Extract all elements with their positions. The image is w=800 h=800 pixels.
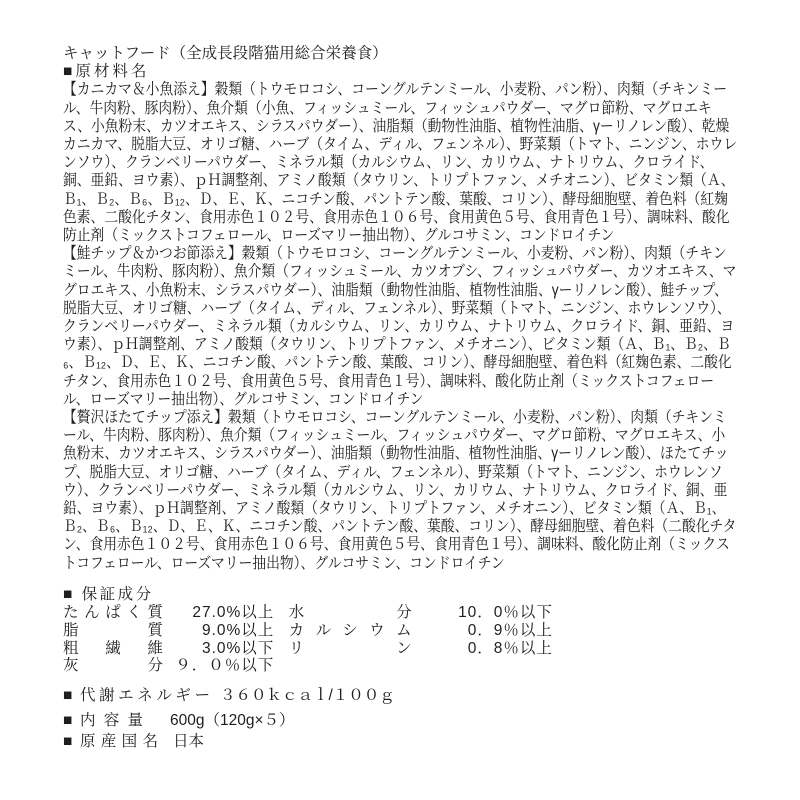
guaranteed-analysis-row-protein-moisture: たんぱく質 27.0%以上 水分 10．0％以下 (63, 604, 743, 622)
nutrient-value-protein: 27.0%以上 (167, 604, 274, 622)
nutrient-label-moisture: 水分 (289, 604, 412, 622)
nutrient-label-fiber: 粗繊維 (63, 640, 163, 658)
country-of-origin-value: 日本 (173, 733, 204, 750)
square-bullet-icon: ■ (63, 712, 80, 730)
guaranteed-analysis-header: ■ 保証成分 (63, 586, 743, 604)
guaranteed-analysis-row-ash: 灰分 ９．０％以下 (63, 657, 743, 675)
ingredients-paragraph-sake-katsuobushi: 【鮭チップ＆かつお節添え】穀類（トウモロコシ、コーングルテンミール、小麦粉、パン… (63, 245, 739, 409)
nutrient-label-fat: 脂質 (63, 622, 163, 640)
nutrient-label-phosphorus: リン (289, 640, 412, 658)
nutrient-value-moisture: 10．0％以下 (416, 604, 553, 622)
nutrient-value-fat: 9.0%以上 (167, 622, 274, 640)
metabolizable-energy-value: ３６０ｋｃａｌ/１００ｇ (220, 687, 395, 704)
ingredients-section-header: ■原材料名 (63, 63, 743, 81)
nutrient-value-ash: ９．０％以下 (167, 657, 274, 675)
square-bullet-icon: ■ (63, 687, 80, 705)
ingredients-paragraph-hotate-chip: 【贅沢ほたてチップ添え】穀類（トウモロコシ、コーングルテンミール、小麦粉、パン粉… (63, 409, 739, 573)
net-content-row: ■内容量600g（120g×５） (63, 712, 743, 730)
metabolizable-energy-label: 代謝エネルギー (80, 687, 210, 705)
square-bullet-icon: ■ (63, 733, 80, 751)
nutrient-value-calcium: 0．9％以上 (416, 622, 553, 640)
nutrient-value-phosphorus: 0．8％以上 (416, 640, 553, 658)
nutrient-label-protein: たんぱく質 (63, 604, 163, 622)
metabolizable-energy-row: ■代謝エネルギー３６０ｋｃａｌ/１００ｇ (63, 687, 743, 705)
country-of-origin-label: 原産国名 (80, 733, 158, 751)
nutrient-label-ash: 灰分 (63, 657, 163, 675)
country-of-origin-row: ■原産国名日本 (63, 733, 743, 751)
nutrient-value-fiber: 3.0%以下 (167, 640, 274, 658)
pet-food-label-document: キャットフード（全成長段階猫用総合栄養食） ■原材料名 【カニカマ＆小魚添え】穀… (63, 45, 743, 751)
net-content-value: 600g（120g×５） (170, 712, 295, 729)
guaranteed-analysis-row-fiber-phosphorus: 粗繊維 3.0%以下 リン 0．8％以上 (63, 640, 743, 658)
nutrient-label-calcium: カルシウム (289, 622, 412, 640)
guaranteed-analysis-row-fat-calcium: 脂質 9.0%以上 カルシウム 0．9％以上 (63, 622, 743, 640)
ingredients-paragraph-kanikama-kozakana: 【カニカマ＆小魚添え】穀類（トウモロコシ、コーングルテンミール、小麦粉、パン粉）… (63, 81, 739, 245)
net-content-label: 内容量 (80, 712, 143, 730)
product-type-title: キャットフード（全成長段階猫用総合栄養食） (63, 45, 743, 63)
